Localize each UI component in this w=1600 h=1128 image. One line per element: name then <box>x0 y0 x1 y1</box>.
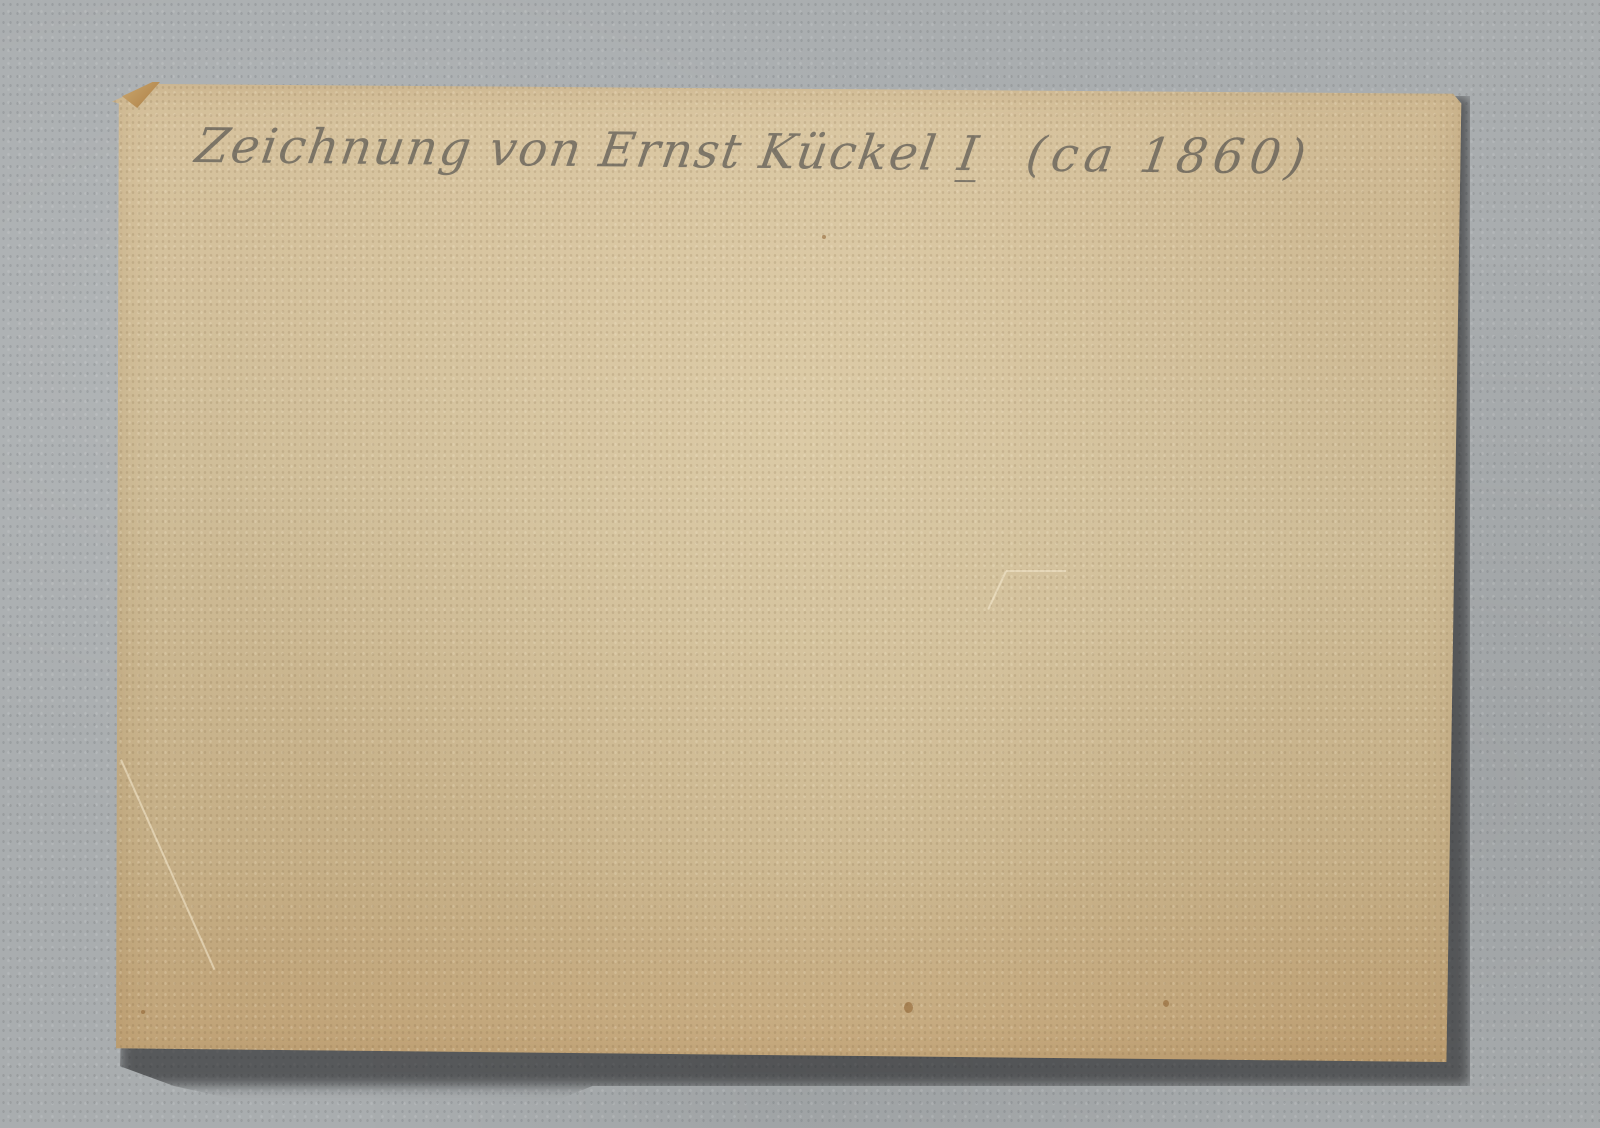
inscription-numeral: I <box>954 126 983 182</box>
pencil-inscription: Zeichnung von Ernst Kückel I (ca 1860) <box>192 118 1316 186</box>
aged-paper-sheet <box>112 84 1464 1062</box>
paper-texture <box>112 84 1464 1062</box>
inscription-date: (ca 1860) <box>1023 127 1316 186</box>
inscription-main-text: Zeichnung von Ernst Kückel <box>192 118 942 182</box>
